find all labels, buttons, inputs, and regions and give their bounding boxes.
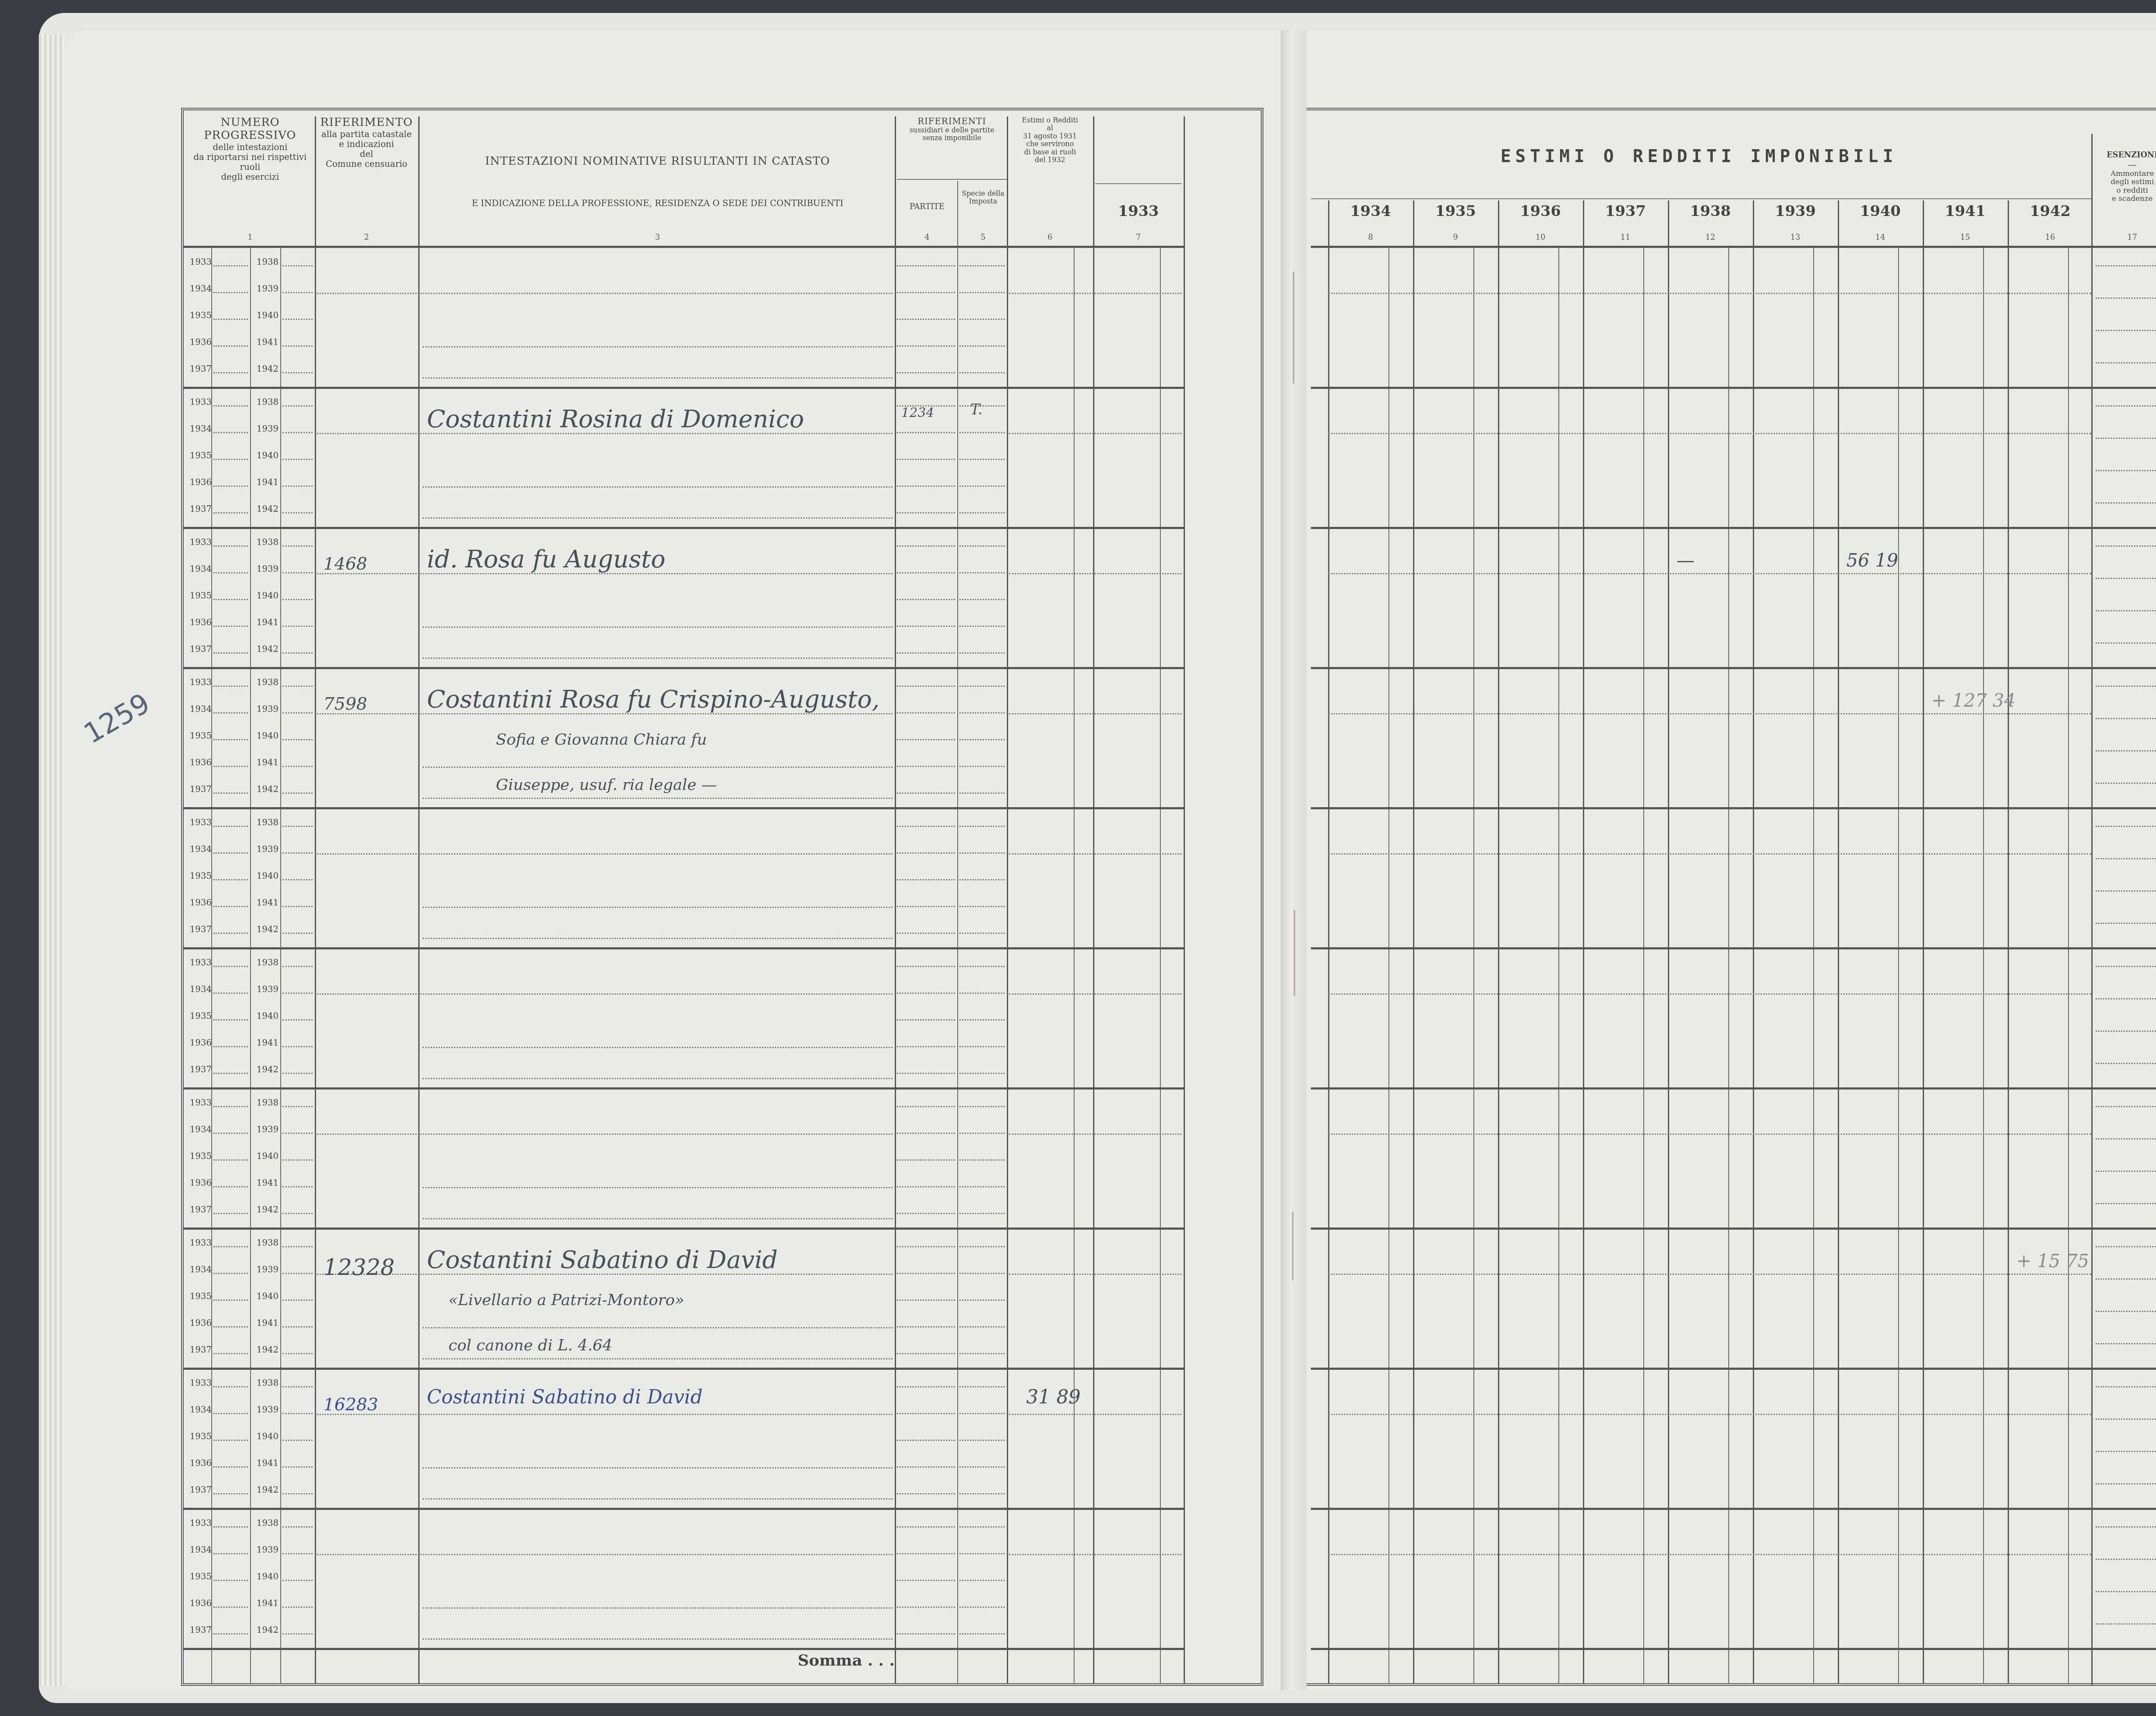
year-label: 1937 (190, 1204, 212, 1215)
year-label: 1935 (190, 1431, 212, 1441)
year-label: 1942 (257, 1204, 279, 1215)
year-label: 1933 (190, 537, 212, 547)
year-label: 1940 (257, 1431, 279, 1441)
group-title: ESTIMI O REDDITI IMPONIBILI (1501, 147, 1897, 166)
year-header: 1938 (1668, 203, 1753, 220)
year-label: 1933 (190, 677, 212, 687)
year-header: 1935 (1413, 203, 1498, 220)
year-label: 1941 (257, 757, 279, 767)
year-label: 1941 (257, 1598, 279, 1608)
year-label: 1942 (257, 504, 279, 514)
year-label: 1939 (257, 704, 279, 714)
specie-value: T. (970, 401, 983, 418)
year-label: 1936 (190, 617, 212, 627)
year-label: 1940 (257, 871, 279, 881)
year-label: 1942 (257, 1344, 279, 1355)
year-label: 1934 (190, 1404, 212, 1415)
owner-name-line: id. Rosa fu Augusto (427, 545, 665, 573)
partita-number: 12328 (323, 1255, 395, 1281)
year-label: 1939 (257, 564, 279, 574)
estimo-value: + 127 34 (1931, 690, 2016, 711)
year-label: 1933 (190, 397, 212, 407)
header-col3: INTESTAZIONI NOMINATIVE RISULTANTI IN CA… (420, 155, 895, 168)
year-label: 1933 (190, 257, 212, 267)
year-label: 1940 (257, 450, 279, 460)
year-label: 1936 (190, 1598, 212, 1608)
year-label: 1941 (257, 337, 279, 347)
binding-thread (1292, 1212, 1294, 1281)
year-label: 1939 (257, 1544, 279, 1555)
year-label: 1937 (190, 363, 212, 374)
year-header: 1936 (1498, 203, 1583, 220)
year-label: 1933 (190, 817, 212, 827)
year-label: 1939 (257, 984, 279, 994)
header-col6: Estimi o Redditi al 31 agosto 1931 che s… (1009, 116, 1091, 164)
year-label: 1938 (257, 817, 279, 827)
year-label: 1934 (190, 844, 212, 854)
year-label: 1936 (190, 1177, 212, 1188)
binding-thread (1294, 910, 1295, 996)
year-label: 1934 (190, 1124, 212, 1134)
year-label: 1938 (257, 397, 279, 407)
year-label: 1936 (190, 757, 212, 767)
year-label: 1940 (257, 590, 279, 601)
year-label: 1934 (190, 564, 212, 574)
year-label: 1935 (190, 310, 212, 320)
year-label: 1941 (257, 897, 279, 908)
year-label: 1937 (190, 1344, 212, 1355)
year-label: 1936 (190, 477, 212, 487)
year-label: 1935 (190, 1571, 212, 1581)
year-label: 1936 (190, 1318, 212, 1328)
year-label: 1937 (190, 924, 212, 934)
year-label: 1934 (190, 704, 212, 714)
year-header: 1934 (1328, 203, 1413, 220)
owner-name-line: Costantini Rosa fu Crispino-Augusto, (427, 686, 880, 714)
owner-name-line: Giuseppe, usuf. ria legale — (496, 776, 717, 794)
somma-label: Somma . . . (798, 1651, 895, 1669)
year-label: 1940 (257, 310, 279, 320)
year-label: 1942 (257, 363, 279, 374)
header-col1: NUMERO PROGRESSIVO delle intestazioni da… (185, 116, 315, 182)
year-label: 1935 (190, 1291, 212, 1301)
year-label: 1940 (257, 1291, 279, 1301)
year-label: 1942 (257, 1484, 279, 1495)
binding-thread (1293, 272, 1294, 384)
year-label: 1940 (257, 1571, 279, 1581)
year-label: 1935 (190, 590, 212, 601)
year-label: 1939 (257, 283, 279, 294)
year-label: 1938 (257, 957, 279, 968)
owner-name-line: «Livellario a Patrizi-Montoro» (448, 1291, 684, 1309)
year-label: 1935 (190, 1151, 212, 1161)
year-label: 1934 (190, 984, 212, 994)
year-label: 1941 (257, 617, 279, 627)
year-label: 1933 (190, 1097, 212, 1108)
year-label: 1938 (257, 1378, 279, 1388)
left-table-frame (181, 108, 1263, 1686)
year-label: 1938 (257, 1518, 279, 1528)
header-col2: RIFERIMENTO alla partita catastale e ind… (317, 116, 416, 169)
year-label: 1937 (190, 1484, 212, 1495)
year-label: 1937 (190, 1625, 212, 1635)
year-label: 1937 (190, 784, 212, 794)
year-label: 1941 (257, 477, 279, 487)
estimo-value: 56 19 (1846, 550, 1898, 571)
year-label: 1938 (257, 1097, 279, 1108)
right-table-frame (1307, 108, 2156, 1686)
header-esenzioni: ESENZIONI — Ammontare degli estimi o red… (2093, 151, 2156, 204)
year-label: 1942 (257, 784, 279, 794)
owner-name-line: Costantini Sabatino di David (427, 1246, 778, 1274)
year-label: 1939 (257, 844, 279, 854)
year-label: 1941 (257, 1318, 279, 1328)
year-label: 1935 (190, 871, 212, 881)
partita-number: 7598 (323, 694, 367, 714)
year-label: 1935 (190, 730, 212, 741)
year-label: 1941 (257, 1177, 279, 1188)
owner-name-line: Costantini Sabatino di David (427, 1386, 702, 1408)
ledger-book: 1259 NUMERO PROGRESSIVO delle intestazio… (39, 13, 2156, 1703)
year-label: 1940 (257, 1151, 279, 1161)
year-label: 1941 (257, 1037, 279, 1048)
header-col45: RIFERIMENTI sussidiari e delle partite s… (897, 116, 1007, 142)
year-label: 1936 (190, 897, 212, 908)
year-label: 1934 (190, 283, 212, 294)
book-gutter (1281, 30, 1307, 1690)
year-label: 1933 (190, 1378, 212, 1388)
year-label: 1942 (257, 644, 279, 654)
year-label: 1933 (190, 1518, 212, 1528)
year-label: 1938 (257, 677, 279, 687)
partite-value: 1234 (901, 405, 934, 420)
year-label: 1935 (190, 1011, 212, 1021)
year-label: 1936 (190, 1037, 212, 1048)
year-label: 1936 (190, 337, 212, 347)
year-label: 1935 (190, 450, 212, 460)
year-label: 1941 (257, 1458, 279, 1468)
partita-number: 16283 (323, 1395, 378, 1415)
year-header: 1937 (1583, 203, 1668, 220)
year-header: 1940 (1838, 203, 1923, 220)
year-label: 1942 (257, 1625, 279, 1635)
year-label: 1942 (257, 1064, 279, 1074)
owner-name-line: Costantini Rosina di Domenico (427, 405, 804, 433)
year-label: 1938 (257, 537, 279, 547)
estimo-1931-value: 31 89 (1026, 1386, 1081, 1408)
year-label: 1939 (257, 1264, 279, 1274)
year-header: 1939 (1753, 203, 1838, 220)
year-label: 1933 (190, 957, 212, 968)
year-label: 1934 (190, 1264, 212, 1274)
estimo-value: — (1677, 550, 1695, 571)
year-header: 1941 (1923, 203, 2008, 220)
left-page: 1259 NUMERO PROGRESSIVO delle intestazio… (65, 30, 1281, 1690)
year-label: 1936 (190, 1458, 212, 1468)
owner-name-line: Sofia e Giovanna Chiara fu (496, 731, 707, 748)
year-label: 1939 (257, 1404, 279, 1415)
owner-name-line: col canone di L. 4.64 (448, 1337, 612, 1354)
year-label: 1937 (190, 504, 212, 514)
right-page: Mod. 111 - Imposte Dirette (Intercalare)… (1307, 30, 2156, 1690)
year-label: 1942 (257, 924, 279, 934)
left-page-edges (39, 34, 65, 1686)
year-label: 1940 (257, 730, 279, 741)
estimo-value: + 15 75 (2016, 1250, 2089, 1271)
year-label: 1933 (190, 1237, 212, 1248)
year-header: 1942 (2008, 203, 2093, 220)
year-label: 1939 (257, 423, 279, 434)
partita-number: 1468 (323, 554, 367, 574)
year-label: 1940 (257, 1011, 279, 1021)
year-label: 1938 (257, 1237, 279, 1248)
year-label: 1934 (190, 423, 212, 434)
year-label: 1934 (190, 1544, 212, 1555)
year-label: 1937 (190, 644, 212, 654)
year-label: 1938 (257, 257, 279, 267)
margin-number: 1259 (78, 687, 155, 750)
year-label: 1939 (257, 1124, 279, 1134)
year-label: 1937 (190, 1064, 212, 1074)
